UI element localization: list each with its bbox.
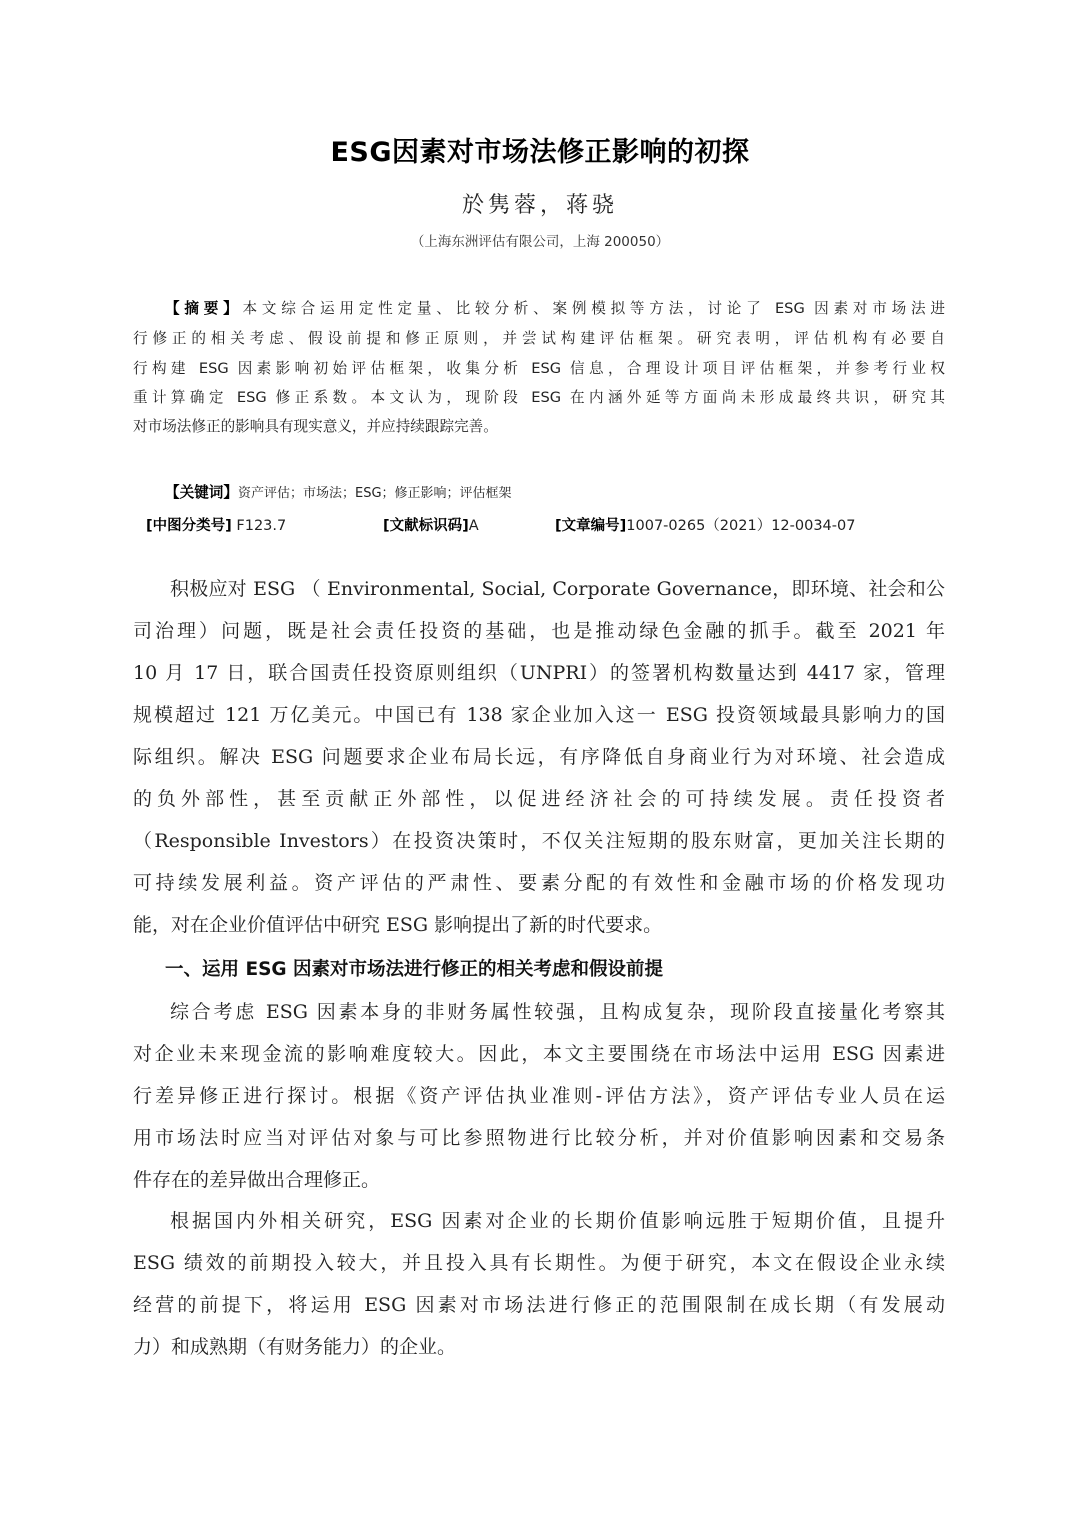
body-line: 的负外部性，甚至贡献正外部性，以促进经济社会的可持续发展。责任投资者 bbox=[133, 784, 945, 811]
body-line: 积极应对 ESG （ Environmental, Social, Corpor… bbox=[170, 574, 945, 601]
body-line: 能，对在企业价值评估中研究 ESG 影响提出了新的时代要求。 bbox=[133, 910, 945, 937]
body-line: 规模超过 121 万亿美元。中国已有 138 家企业加入这一 ESG 投资领域最… bbox=[133, 700, 945, 727]
keywords-value: 资产评估；市场法；ESG；修正影响；评估框架 bbox=[238, 486, 512, 501]
abstract-line: 对市场法修正的影响具有现实意义，并应持续跟踪完善。 bbox=[133, 415, 945, 436]
abstract-line: 重计算确定 ESG 修正系数。本文认为，现阶段 ESG 在内涵外延等方面尚未形成… bbox=[133, 386, 945, 407]
body-line: ESG 绩效的前期投入较大，并且投入具有长期性。为便于研究，本文在假设企业永续 bbox=[133, 1248, 945, 1275]
abstract-line: 行构建 ESG 因素影响初始评估框架，收集分析 ESG 信息，合理设计项目评估框… bbox=[133, 357, 945, 378]
body-line: 用市场法时应当对评估对象与可比参照物进行比较分析，并对价值影响因素和交易条 bbox=[133, 1123, 945, 1150]
keywords-label: 【关键词】 bbox=[165, 484, 238, 501]
body-line: （Responsible Investors）在投资决策时，不仅关注短期的股东财… bbox=[133, 826, 945, 853]
abstract-label: 【摘要】 bbox=[165, 300, 243, 317]
body-line: 可持续发展利益。资产评估的严肃性、要素分配的有效性和金融市场的价格发现功 bbox=[133, 868, 945, 895]
paper-authors: 於隽蓉，蒋骁 bbox=[0, 188, 1080, 219]
abstract-line: 【摘要】本文综合运用定性定量、比较分析、案例模拟等方法，讨论了 ESG 因素对市… bbox=[165, 297, 945, 318]
body-line: 经营的前提下，将运用 ESG 因素对市场法进行修正的范围限制在成长期（有发展动 bbox=[133, 1290, 945, 1317]
body-line: 件存在的差异做出合理修正。 bbox=[133, 1165, 945, 1192]
body-line: 根据国内外相关研究，ESG 因素对企业的长期价值影响远胜于短期价值，且提升 bbox=[170, 1206, 945, 1233]
body-line: 10 月 17 日，联合国责任投资原则组织（UNPRI）的签署机构数量达到 44… bbox=[133, 658, 945, 685]
abstract-line: 行修正的相关考虑、假设前提和修正原则，并尝试构建评估框架。研究表明，评估机构有必… bbox=[133, 327, 945, 348]
body-line: 力）和成熟期（有财务能力）的企业。 bbox=[133, 1332, 945, 1359]
keywords: 【关键词】资产评估；市场法；ESG；修正影响；评估框架 bbox=[165, 481, 512, 502]
body-line: 对企业未来现金流的影响难度较大。因此，本文主要围绕在市场法中运用 ESG 因素进 bbox=[133, 1039, 945, 1066]
paper-title: ESG因素对市场法修正影响的初探 bbox=[0, 130, 1080, 169]
body-line: 际组织。解决 ESG 问题要求企业布局长远，有序降低自身商业行为对环境、社会造成 bbox=[133, 742, 945, 769]
section-heading-1: 一、运用 ESG 因素对市场法进行修正的相关考虑和假设前提 bbox=[165, 955, 663, 981]
document-code: [文献标识码]A bbox=[383, 514, 479, 535]
body-line: 行差异修正进行探讨。根据《资产评估执业准则-评估方法》，资产评估专业人员在运 bbox=[133, 1081, 945, 1108]
body-line: 综合考虑 ESG 因素本身的非财务属性较强，且构成复杂，现阶段直接量化考察其 bbox=[170, 997, 945, 1024]
author-affiliation: （上海东洲评估有限公司，上海 200050） bbox=[0, 230, 1080, 250]
clc-code: [中图分类号] F123.7 bbox=[146, 514, 286, 535]
body-line: 司治理）问题，既是社会责任投资的基础，也是推动绿色金融的抓手。截至 2021 年 bbox=[133, 616, 945, 643]
article-number: [文章编号]1007-0265（2021）12-0034-07 bbox=[555, 514, 855, 535]
document-page: ESG因素对市场法修正影响的初探 於隽蓉，蒋骁 （上海东洲评估有限公司，上海 2… bbox=[0, 0, 1080, 1526]
